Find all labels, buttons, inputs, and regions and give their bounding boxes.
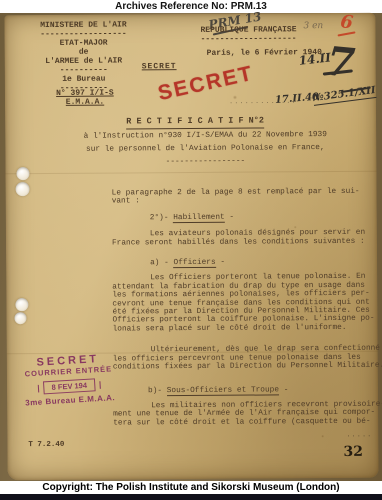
body-line: 2°)- Habillement - [150, 213, 376, 223]
document-paper: PRM 13 3 en 6 MINISTERE DE L'AIR -------… [4, 13, 378, 481]
copyright-text: Copyright: The Polish Institute and Siko… [42, 482, 339, 493]
rule-line: ------------------ [26, 29, 140, 39]
entry-stamp-tick: | [99, 380, 102, 389]
document-title: R E C T I F I C A T I F N°2 [126, 115, 264, 129]
subject-line-2: sur le personnel de l'Aviation Polonaise… [63, 142, 347, 157]
body-line: lonais sera placé sur le côté droit de l… [113, 324, 377, 334]
body-line: vant : [112, 196, 376, 206]
archive-reference-bar: Archives Reference No: PRM.13 [0, 0, 382, 13]
body-text: Le paragraphe 2 de la page 8 est remplac… [112, 188, 378, 428]
courrier-entree-stamp: SECRET COURRIER ENTRÉE | 8 FEV 194 | 3me… [18, 352, 121, 408]
screenshot-stage: Archives Reference No: PRM.13 PRM 13 3 e… [0, 0, 382, 500]
body-line: tera sur le côté droit et la coiffure (c… [113, 417, 377, 427]
bottom-black-bar [0, 494, 382, 500]
body-line: b)- Sous-Officiers et Troupe - [148, 385, 377, 395]
copyright-bar: Copyright: The Polish Institute and Siko… [0, 481, 382, 494]
handwritten-received-ref: №325.1/XII [312, 85, 376, 106]
typed-footer-date: T 7.2.40 [28, 441, 64, 449]
hole-punch [16, 167, 29, 180]
scan-background: PRM 13 3 en 6 MINISTERE DE L'AIR -------… [0, 13, 382, 481]
hole-punch [14, 312, 26, 324]
page-number: 32 [343, 444, 363, 460]
body-line: France seront habillés dans les conditio… [112, 237, 376, 247]
handwritten-big-seven: 7 [325, 42, 357, 85]
hole-punch [15, 298, 28, 311]
entry-stamp-date: 8 FEV 194 [43, 378, 95, 394]
entry-stamp-tick: | [37, 384, 40, 393]
entry-stamp-bureau: 3me Bureau E.M.A.A. [20, 393, 120, 408]
letterhead: MINISTERE DE L'AIR ------------------ ET… [26, 20, 140, 93]
secret-typed-label: SECRET [142, 62, 177, 71]
body-line: conditions fixées par la Direction du Pe… [113, 362, 377, 372]
archive-reference-text: Archives Reference No: PRM.13 [115, 1, 267, 12]
paper-crease [5, 171, 376, 175]
subject-rule: ----------------- [63, 155, 347, 170]
title-wrap: R E C T I F I C A T I F N°2 [105, 109, 285, 129]
reference-number-block: N° 397 I/I-S E.M.A.A. [33, 88, 137, 107]
body-line: a) - Officiers - [150, 258, 376, 268]
subject-block: à l'Instruction n°930 I/I-S/EMAA du 22 N… [63, 129, 347, 170]
hole-punch [16, 182, 30, 196]
reference-org: E.M.A.A. [33, 97, 137, 107]
footer-dots: ····· [346, 433, 372, 441]
